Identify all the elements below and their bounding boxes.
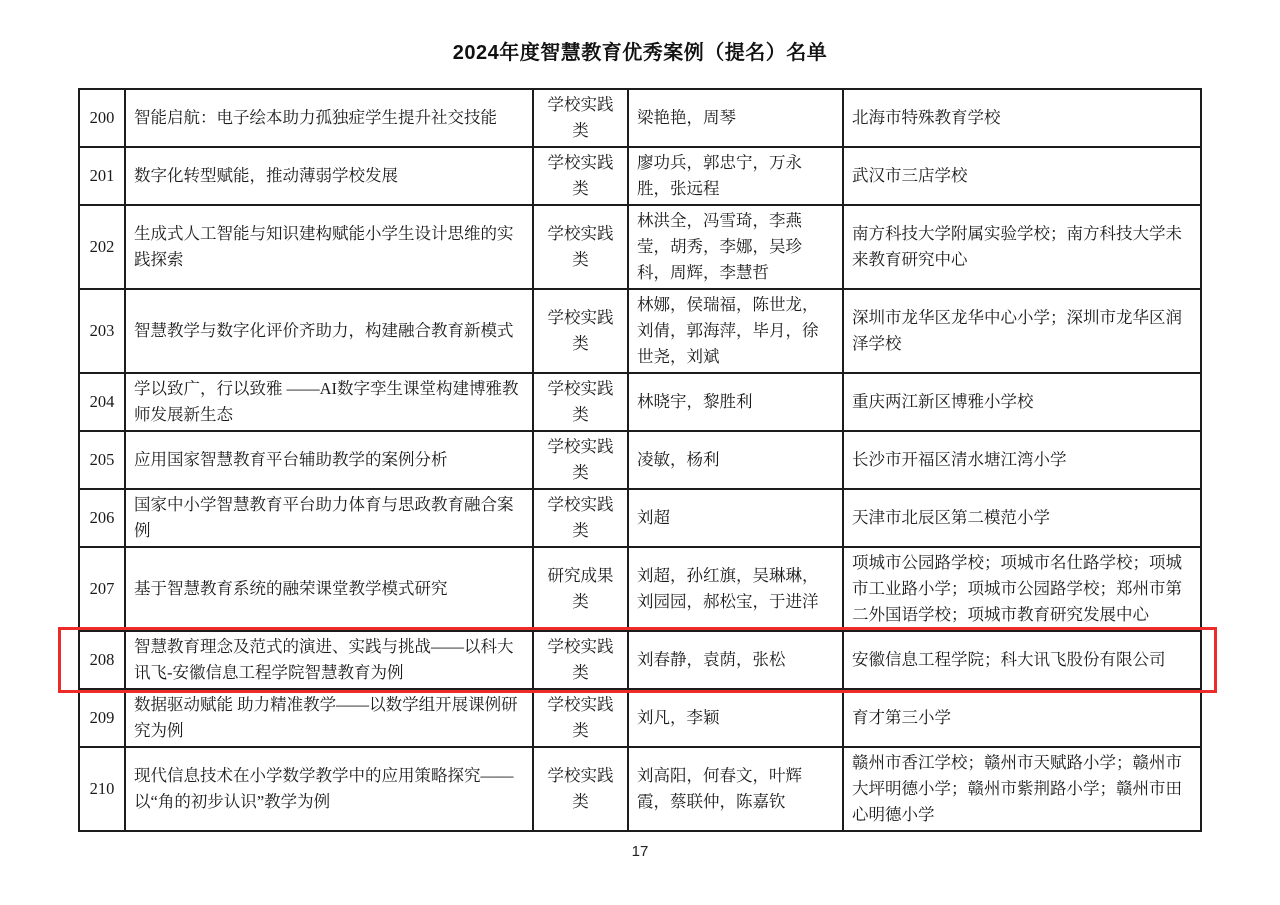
table-row: 201 数字化转型赋能，推动薄弱学校发展 学校实践类 廖功兵，郭忠宁，万永胜，张…: [79, 147, 1201, 205]
case-category: 学校实践类: [533, 289, 628, 373]
table-row: 205 应用国家智慧教育平台辅助教学的案例分析 学校实践类 凌敏，杨利 长沙市开…: [79, 431, 1201, 489]
case-title: 生成式人工智能与知识建构赋能小学生设计思维的实践探索: [125, 205, 533, 289]
case-category: 学校实践类: [533, 747, 628, 831]
row-number: 205: [79, 431, 125, 489]
document-title: 2024年度智慧教育优秀案例（提名）名单: [0, 36, 1280, 65]
case-institution: 武汉市三店学校: [843, 147, 1201, 205]
case-authors: 林洪全，冯雪琦，李燕莹，胡秀，李娜，吴珍科，周辉，李慧哲: [628, 205, 843, 289]
case-authors: 凌敏，杨利: [628, 431, 843, 489]
case-title: 智慧教育理念及范式的演进、实践与挑战——以科大讯飞-安徽信息工程学院智慧教育为例: [125, 631, 533, 689]
case-category: 学校实践类: [533, 147, 628, 205]
table-row: 203 智慧教学与数字化评价齐助力，构建融合教育新模式 学校实践类 林娜，侯瑞福…: [79, 289, 1201, 373]
case-category: 学校实践类: [533, 89, 628, 147]
case-authors: 林晓宇，黎胜利: [628, 373, 843, 431]
case-institution: 安徽信息工程学院；科大讯飞股份有限公司: [843, 631, 1201, 689]
case-authors: 廖功兵，郭忠宁，万永胜，张远程: [628, 147, 843, 205]
row-number: 203: [79, 289, 125, 373]
case-institution: 天津市北辰区第二模范小学: [843, 489, 1201, 547]
table-row: 206 国家中小学智慧教育平台助力体育与思政教育融合案例 学校实践类 刘超 天津…: [79, 489, 1201, 547]
case-authors: 刘超，孙红旗，吴琳琳，刘园园，郝松宝，于进洋: [628, 547, 843, 631]
row-number: 206: [79, 489, 125, 547]
row-number: 208: [79, 631, 125, 689]
case-authors: 刘高阳，何春文，叶辉霞，蔡联仲，陈嘉钦: [628, 747, 843, 831]
case-title: 数据驱动赋能 助力精准教学——以数学组开展课例研究为例: [125, 689, 533, 747]
table-row: 200 智能启航：电子绘本助力孤独症学生提升社交技能 学校实践类 梁艳艳，周琴 …: [79, 89, 1201, 147]
case-category: 学校实践类: [533, 373, 628, 431]
table-row: 204 学以致广，行以致雅 ——AI数字孪生课堂构建博雅教师发展新生态 学校实践…: [79, 373, 1201, 431]
case-authors: 刘超: [628, 489, 843, 547]
case-title: 数字化转型赋能，推动薄弱学校发展: [125, 147, 533, 205]
case-category: 学校实践类: [533, 631, 628, 689]
row-number: 210: [79, 747, 125, 831]
table-row: 208 智慧教育理念及范式的演进、实践与挑战——以科大讯飞-安徽信息工程学院智慧…: [79, 631, 1201, 689]
page-number: 17: [0, 843, 1280, 860]
cases-table: 200 智能启航：电子绘本助力孤独症学生提升社交技能 学校实践类 梁艳艳，周琴 …: [78, 88, 1202, 832]
case-authors: 刘凡，李颖: [628, 689, 843, 747]
case-institution: 赣州市香江学校；赣州市天赋路小学；赣州市大坪明德小学；赣州市紫荆路小学；赣州市田…: [843, 747, 1201, 831]
case-category: 学校实践类: [533, 689, 628, 747]
row-number: 200: [79, 89, 125, 147]
case-institution: 北海市特殊教育学校: [843, 89, 1201, 147]
case-title: 现代信息技术在小学数学教学中的应用策略探究——以“角的初步认识”教学为例: [125, 747, 533, 831]
row-number: 207: [79, 547, 125, 631]
case-authors: 刘春静，袁荫，张松: [628, 631, 843, 689]
case-institution: 深圳市龙华区龙华中心小学；深圳市龙华区润泽学校: [843, 289, 1201, 373]
case-authors: 梁艳艳，周琴: [628, 89, 843, 147]
table-row: 209 数据驱动赋能 助力精准教学——以数学组开展课例研究为例 学校实践类 刘凡…: [79, 689, 1201, 747]
table-row: 210 现代信息技术在小学数学教学中的应用策略探究——以“角的初步认识”教学为例…: [79, 747, 1201, 831]
case-category: 研究成果类: [533, 547, 628, 631]
table-row: 202 生成式人工智能与知识建构赋能小学生设计思维的实践探索 学校实践类 林洪全…: [79, 205, 1201, 289]
case-institution: 重庆两江新区博雅小学校: [843, 373, 1201, 431]
case-category: 学校实践类: [533, 489, 628, 547]
case-title: 智能启航：电子绘本助力孤独症学生提升社交技能: [125, 89, 533, 147]
case-institution: 育才第三小学: [843, 689, 1201, 747]
case-institution: 南方科技大学附属实验学校；南方科技大学未来教育研究中心: [843, 205, 1201, 289]
case-authors: 林娜，侯瑞福，陈世龙，刘倩，郭海萍，毕月，徐世尧，刘斌: [628, 289, 843, 373]
row-number: 209: [79, 689, 125, 747]
case-institution: 项城市公园路学校；项城市名仕路学校；项城市工业路小学；项城市公园路学校；郑州市第…: [843, 547, 1201, 631]
row-number: 204: [79, 373, 125, 431]
case-category: 学校实践类: [533, 205, 628, 289]
case-title: 基于智慧教育系统的融荣课堂教学模式研究: [125, 547, 533, 631]
case-title: 学以致广，行以致雅 ——AI数字孪生课堂构建博雅教师发展新生态: [125, 373, 533, 431]
case-category: 学校实践类: [533, 431, 628, 489]
table-row: 207 基于智慧教育系统的融荣课堂教学模式研究 研究成果类 刘超，孙红旗，吴琳琳…: [79, 547, 1201, 631]
case-institution: 长沙市开福区清水塘江湾小学: [843, 431, 1201, 489]
case-title: 国家中小学智慧教育平台助力体育与思政教育融合案例: [125, 489, 533, 547]
case-title: 智慧教学与数字化评价齐助力，构建融合教育新模式: [125, 289, 533, 373]
row-number: 201: [79, 147, 125, 205]
case-title: 应用国家智慧教育平台辅助教学的案例分析: [125, 431, 533, 489]
row-number: 202: [79, 205, 125, 289]
